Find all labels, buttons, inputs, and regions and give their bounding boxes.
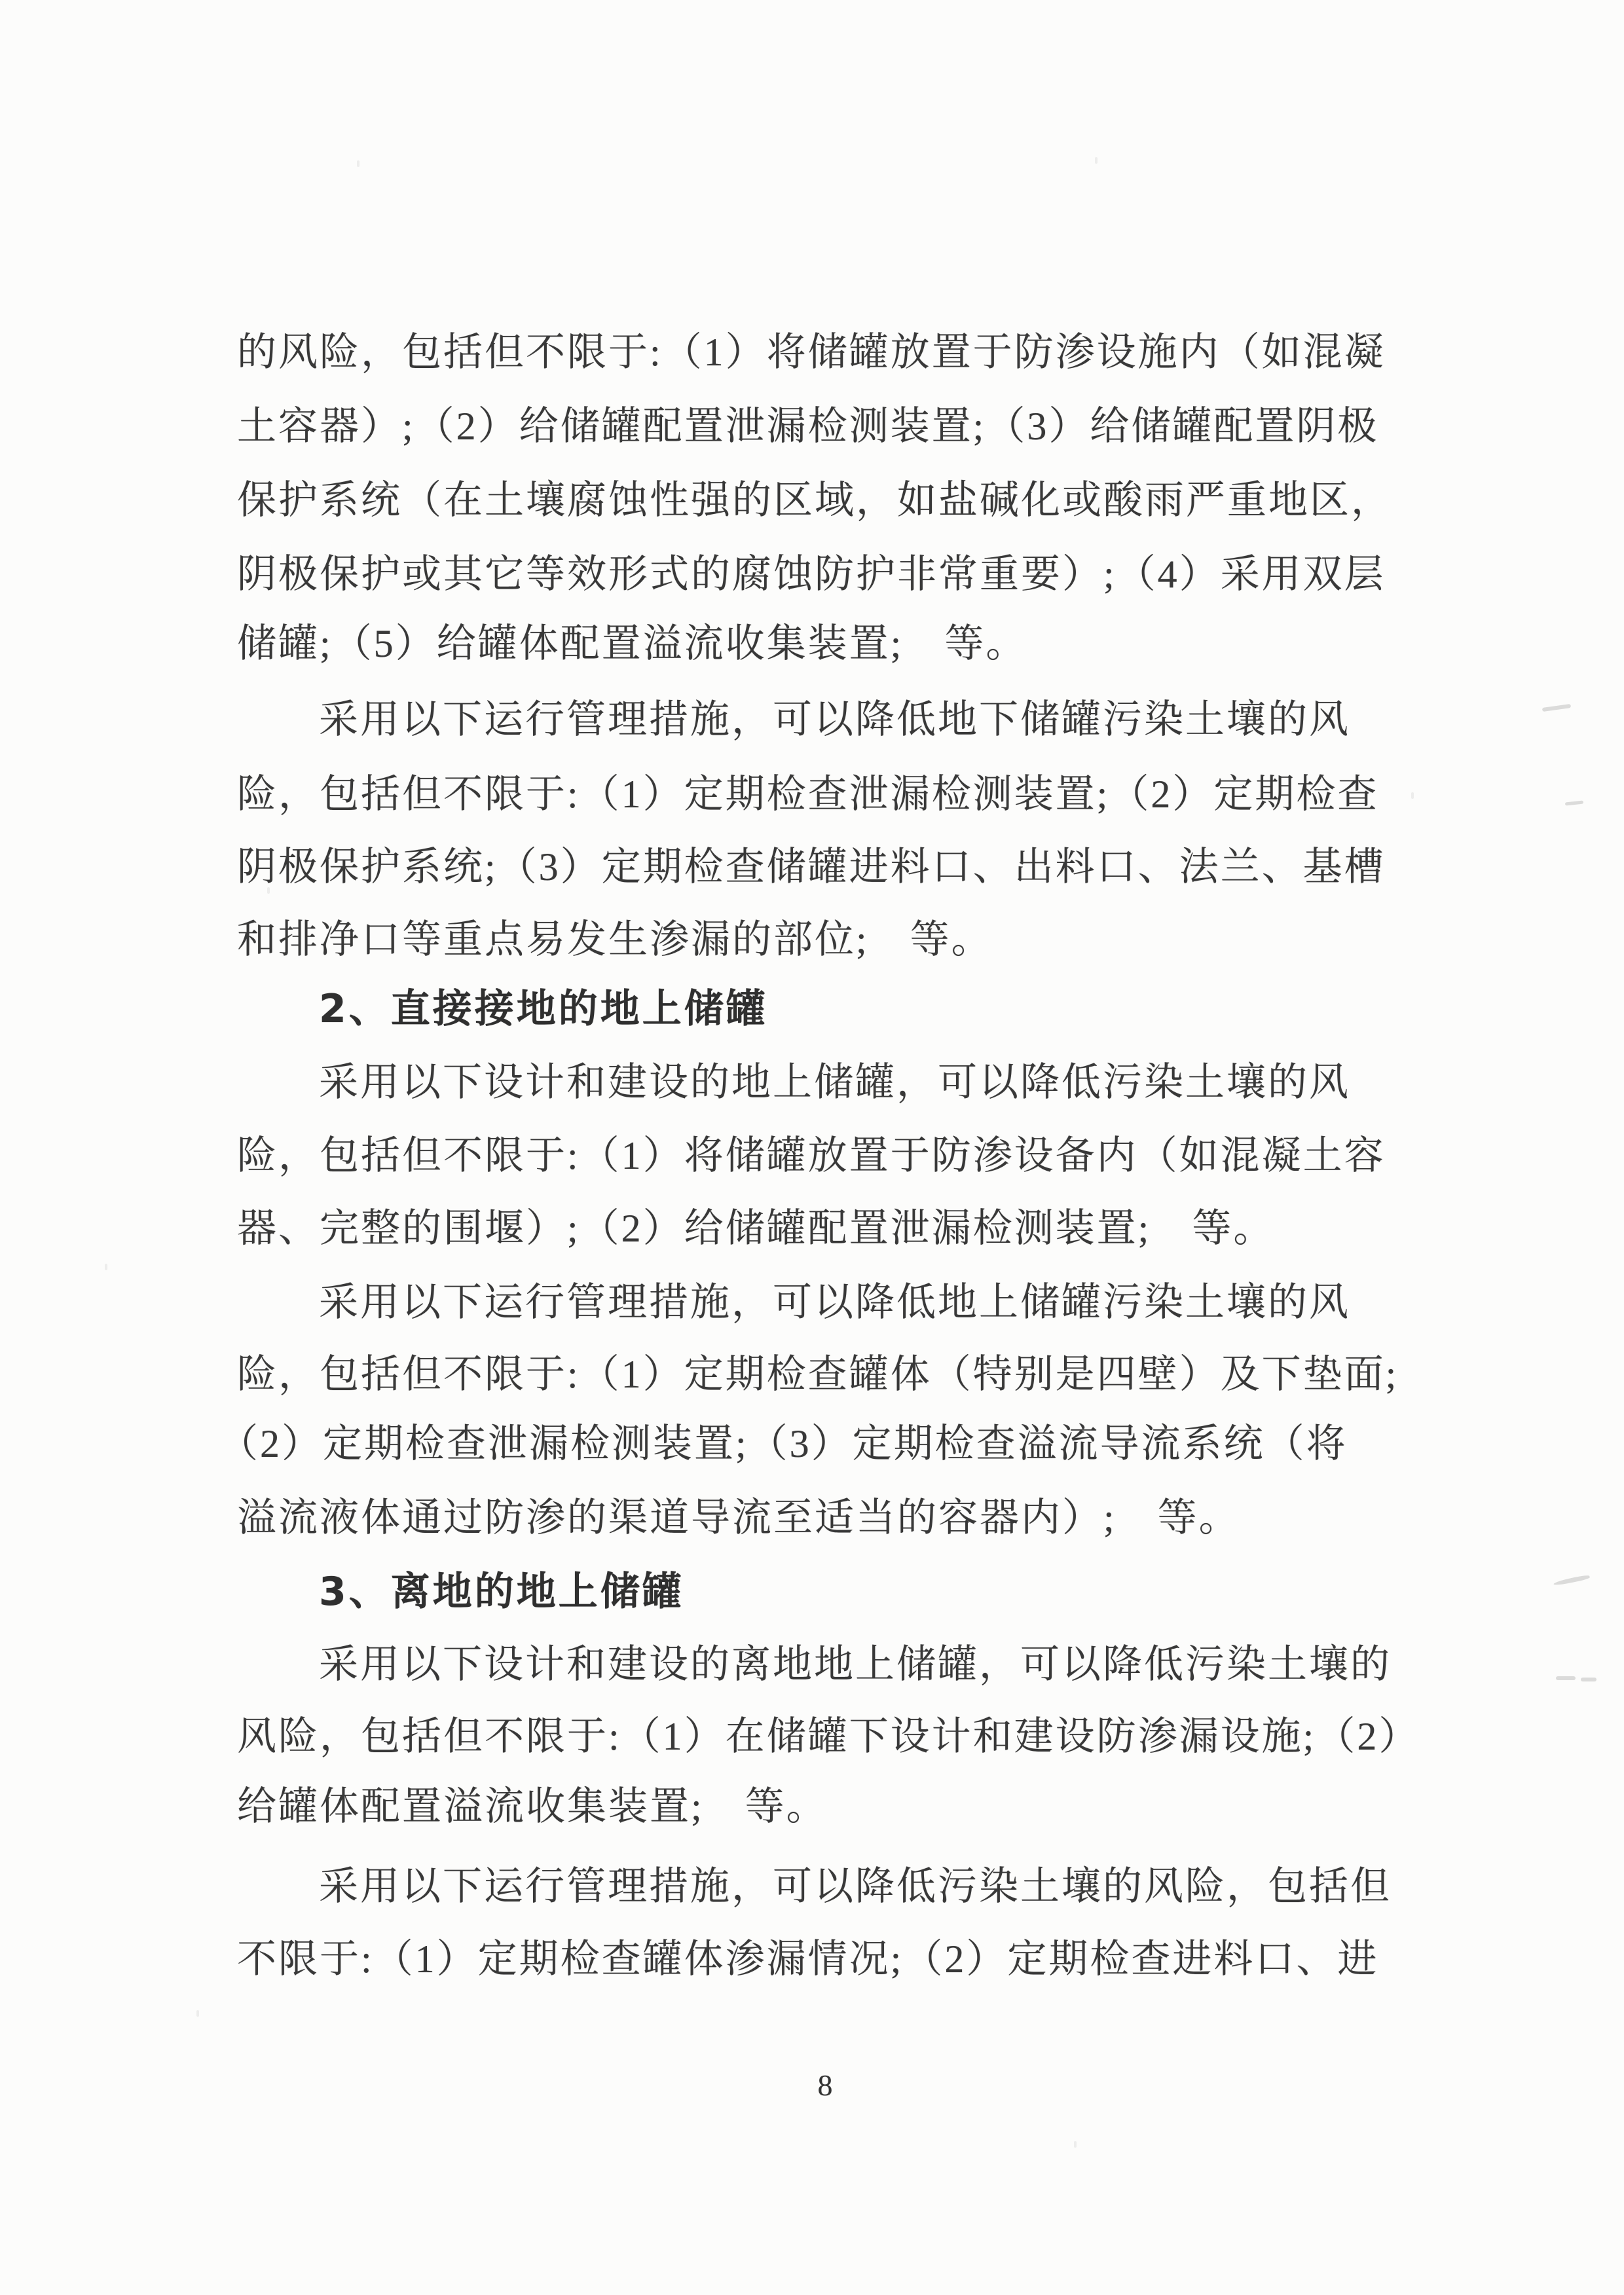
text-line: 采用以下运行管理措施，可以降低污染土壤的风险，包括但 [319, 1865, 1392, 1908]
text-line: 溢流液体通过防渗的渠道导流至适当的容器内）; 等。 [237, 1496, 1240, 1539]
section-heading: 2、直接接地的地上储罐 [319, 987, 768, 1031]
text-line: 和排净口等重点易发生渗漏的部位; 等。 [237, 918, 993, 961]
text-line: 险，包括但不限于:（1）将储罐放置于防渗设备内（如混凝土容 [237, 1134, 1386, 1177]
paper-speck [1411, 792, 1414, 799]
text-line: 采用以下设计和建设的离地地上储罐，可以降低污染土壤的 [319, 1643, 1392, 1686]
text-line: 器、完整的围堰）;（2）给储罐配置泄漏检测装置; 等。 [237, 1207, 1274, 1250]
scan-artifact [1565, 801, 1583, 806]
text-line: 储罐;（5）给罐体配置溢流收集装置; 等。 [237, 622, 1027, 665]
page-number: 8 [796, 2068, 855, 2102]
paper-speck [196, 2010, 199, 2017]
text-line: 不限于:（1）定期检查罐体渗漏情况;（2）定期检查进料口、进 [237, 1937, 1378, 1981]
paper-speck [1074, 2141, 1077, 2148]
text-line: 阴极保护系统;（3）定期检查储罐进料口、出料口、法兰、基槽 [237, 845, 1386, 889]
text-line: 险，包括但不限于:（1）定期检查罐体（特别是四壁）及下垫面; [237, 1353, 1398, 1396]
scan-artifact [1556, 1676, 1576, 1680]
text-line: 险，包括但不限于:（1）定期检查泄漏检测装置;（2）定期检查 [237, 773, 1378, 816]
scan-artifact [1553, 1574, 1590, 1586]
paper-speck [1095, 157, 1098, 164]
text-line: 阴极保护或其它等效形式的腐蚀防护非常重要）;（4）采用双层 [237, 553, 1386, 596]
paper-speck [877, 344, 880, 350]
scanned-document-page: 的风险，包括但不限于:（1）将储罐放置于防渗设施内（如混凝土容器）;（2）给储罐… [0, 0, 1624, 2295]
text-line: 保护系统（在土壤腐蚀性强的区域，如盐碱化或酸雨严重地区， [237, 479, 1392, 522]
paper-speck [267, 887, 270, 894]
scan-artifact [1542, 704, 1571, 712]
paper-speck [105, 1264, 107, 1270]
text-line: 采用以下运行管理措施，可以降低地下储罐污染土壤的风 [319, 698, 1350, 741]
text-line: 的风险，包括但不限于:（1）将储罐放置于防渗设施内（如混凝 [237, 331, 1386, 374]
scan-artifact [1581, 1678, 1596, 1681]
section-heading: 3、离地的地上储罐 [319, 1570, 684, 1613]
text-line: 土容器）;（2）给储罐配置泄漏检测装置;（3）给储罐配置阴极 [237, 405, 1378, 448]
text-line: 风险，包括但不限于:（1）在储罐下设计和建设防渗漏设施;（2） [237, 1715, 1420, 1758]
text-line: 采用以下运行管理措施，可以降低地上储罐污染土壤的风 [319, 1281, 1350, 1324]
text-line: 采用以下设计和建设的地上储罐，可以降低污染土壤的风 [319, 1061, 1350, 1104]
text-line: （2）定期检查泄漏检测装置;（3）定期检查溢流导流系统（将 [219, 1422, 1348, 1465]
paper-speck [357, 160, 360, 167]
text-line: 给罐体配置溢流收集装置; 等。 [237, 1785, 828, 1828]
